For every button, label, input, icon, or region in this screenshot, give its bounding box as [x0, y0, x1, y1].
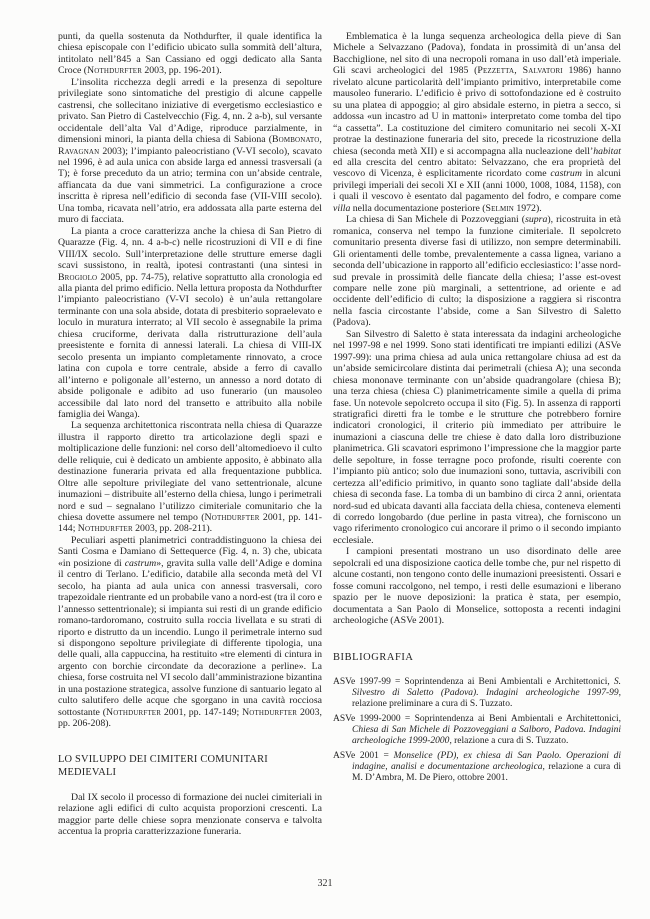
text-segment: nella documentazione posteriore ( — [350, 203, 485, 214]
two-column-layout: punti, da quella sostenuta da Nothdurfte… — [58, 31, 621, 837]
italic-text: villa — [333, 203, 350, 214]
body-paragraph: San Silvestro di Saletto è stata interes… — [333, 329, 621, 547]
text-segment: ), ricostruita in età romanica, conserva… — [333, 214, 621, 328]
text-segment: 1972). — [514, 203, 542, 214]
left-column: punti, da quella sostenuta da Nothdurfte… — [58, 31, 322, 837]
italic-text: supra — [525, 214, 547, 225]
body-paragraph: La sequenza architettonica riscontrata n… — [58, 420, 322, 535]
italic-text: habitat — [593, 146, 621, 157]
right-column-text: Emblematica è la lunga sequenza archeolo… — [333, 31, 621, 627]
body-paragraph: La chiesa di San Michele di Pozzoveggian… — [333, 214, 621, 329]
text-segment: , relazione a cura di S. Tuzzato. — [449, 736, 568, 746]
text-segment: La pianta a croce caratterizza anche la … — [58, 226, 322, 271]
text-segment: 2001, pp. 147-149; — [161, 707, 242, 718]
smallcaps-author-citation: Nothdurfter — [205, 512, 260, 523]
text-segment: San Silvestro di Saletto è stata interes… — [333, 329, 621, 546]
smallcaps-author-citation: Selmin — [486, 203, 515, 214]
text-segment: ASVe 1999-2000 = Soprintendenza ai Beni … — [333, 714, 621, 724]
text-segment: 2003, pp. 208-211). — [133, 523, 212, 534]
smallcaps-author-citation: Nothdurfter — [106, 707, 161, 718]
bibliography-heading: BIBLIOGRAFIA — [333, 652, 621, 664]
text-segment: La chiesa di San Michele di Pozzoveggian… — [346, 214, 525, 225]
bibliography-entry: ASVe 1999-2000 = Soprintendenza ai Beni … — [333, 714, 621, 748]
page-number: 321 — [0, 878, 650, 889]
section-heading: LO SVILUPPO DEI CIMITERI COMUNITARI MEDI… — [58, 753, 322, 779]
bibliography-list: ASVe 1997-99 = Soprintendenza ai Beni Am… — [333, 677, 621, 785]
smallcaps-author-citation: Pezzetta, Salvatori — [477, 65, 562, 76]
smallcaps-author-citation: Nothdurfter — [242, 707, 297, 718]
text-segment: Dal IX secolo il processo di formazione … — [58, 792, 322, 837]
text-segment: I campioni presentati mostrano un uso di… — [333, 546, 621, 626]
body-paragraph: Dal IX secolo il processo di formazione … — [58, 792, 322, 838]
text-segment: ASVe 1997-99 = Soprintendenza ai Beni Am… — [333, 677, 614, 687]
left-column-text: punti, da quella sostenuta da Nothdurfte… — [58, 31, 322, 730]
text-segment: », gravita sulla valle dell’Adige e domi… — [58, 558, 322, 718]
document-page: punti, da quella sostenuta da Nothdurfte… — [0, 0, 650, 919]
body-paragraph: Peculiari aspetti planimetrici contraddi… — [58, 535, 322, 730]
body-paragraph: I campioni presentati mostrano un uso di… — [333, 546, 621, 626]
body-paragraph: La pianta a croce caratterizza anche la … — [58, 226, 322, 421]
smallcaps-author-citation: Brogiolo — [58, 272, 97, 283]
text-segment: 2005, pp. 74-75), relative soprattutto a… — [58, 272, 322, 420]
bibliography-entry: ASVe 2001 = Monselice (PD), ex chiesa di… — [333, 751, 621, 785]
right-column: Emblematica è la lunga sequenza archeolo… — [333, 31, 621, 837]
smallcaps-author-citation: Nothdurfter — [87, 65, 142, 76]
body-paragraph: L’insolita ricchezza degli arredi e la p… — [58, 77, 322, 226]
text-segment: 2003); l’impianto paleocristiano (V-VI s… — [58, 146, 322, 226]
text-segment: 2003, pp. 196-201). — [142, 65, 222, 76]
text-segment: 1986) hanno rivelato alcune particolarit… — [333, 65, 621, 156]
smallcaps-author-citation: Nothdurfter — [78, 523, 133, 534]
text-segment: La sequenza architettonica riscontrata n… — [58, 420, 322, 523]
italic-text: castrum — [125, 558, 157, 569]
body-paragraph: punti, da quella sostenuta da Nothdurfte… — [58, 31, 322, 77]
body-paragraph: Emblematica è la lunga sequenza archeolo… — [333, 31, 621, 214]
italic-text: castrum — [550, 168, 582, 179]
bibliography-entry: ASVe 1997-99 = Soprintendenza ai Beni Am… — [333, 677, 621, 711]
section-text: Dal IX secolo il processo di formazione … — [58, 792, 322, 838]
text-segment: ASVe 2001 = — [333, 751, 394, 761]
